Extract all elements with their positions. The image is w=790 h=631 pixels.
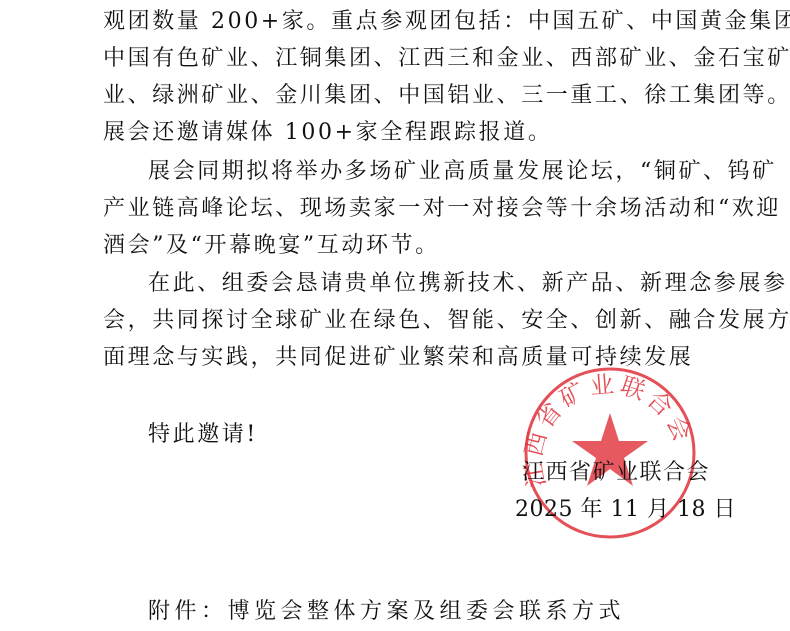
paragraph1-line: 业、绿洲矿业、金川集团、中国铝业、三一重工、徐工集团等。 — [103, 84, 790, 108]
paragraph2-line: 产业链高峰论坛、现场卖家一对一对接会等十余场活动和“欢迎 — [103, 197, 781, 221]
paragraph1-line: 展会还邀请媒体 100+家全程跟踪报道。 — [103, 121, 552, 145]
signature-organization: 江西省矿业联合会 — [522, 455, 710, 486]
paragraph2-line: 展会同期拟将举办多场矿业高质量发展论坛，“铜矿、钨矿 — [148, 160, 777, 184]
closing-text: 特此邀请! — [148, 423, 258, 447]
paragraph1-line: 中国有色矿业、江铜集团、江西三和金业、西部矿业、金石宝矿 — [103, 47, 790, 71]
signature-date: 2025 年 11 月 18 日 — [515, 492, 736, 523]
attachment-note: 附件：博览会整体方案及组委会联系方式 — [148, 600, 625, 624]
paragraph3-line: 会，共同探讨全球矿业在绿色、智能、安全、创新、融合发展方 — [103, 309, 790, 333]
paragraph1-line: 观团数量 200+家。重点参观团包括：中国五矿、中国黄金集团、 — [103, 10, 790, 34]
paragraph2-line: 酒会”及“开幕晚宴”互动环节。 — [103, 234, 440, 258]
paragraph3-line: 在此、组委会恳请贵单位携新技术、新产品、新理念参展参 — [148, 272, 788, 296]
